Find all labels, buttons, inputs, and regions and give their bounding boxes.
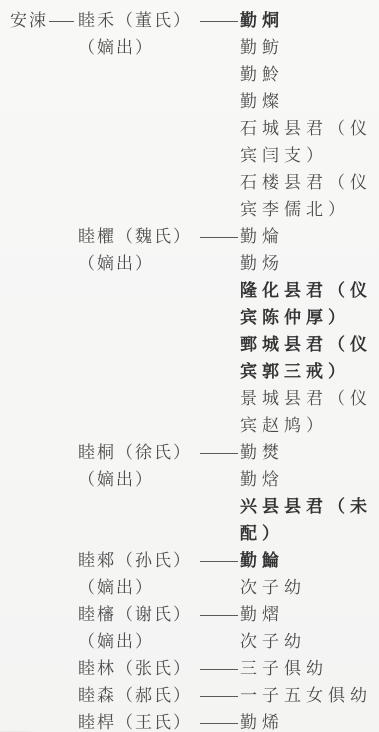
descendant-item: 勤熠 xyxy=(240,602,379,629)
family-branch: 睦郲（孙氏） （嫡出） 勤鯩 次子幼 xyxy=(10,548,379,602)
consort-column: 睦禾（董氏） （嫡出） xyxy=(78,8,200,62)
consort-name: 睦㰂（谢氏） xyxy=(78,602,200,629)
consort-column: 睦林（张氏） xyxy=(78,656,200,683)
consort-column: 睦欋（魏氏） （嫡出） xyxy=(78,224,200,278)
descendant-column: 勤烔 勤鲂 勤魿 勤燦 石城县君（仪宾闫支） 石楼县君（仪宾李儒北） xyxy=(240,8,379,224)
descendant-item: 鄄城县君（仪宾郭三戒） xyxy=(240,332,379,386)
descendant-item: 勤炀 xyxy=(240,251,379,278)
consort-name: 睦森（郝氏） xyxy=(78,683,200,710)
descendant-item: 次子幼 xyxy=(240,629,379,656)
descendant-column: 一子五女俱幼 xyxy=(240,683,379,710)
consort-column: 睦㰂（谢氏） （嫡出） xyxy=(78,602,200,656)
descendant-item: 次子幼 xyxy=(240,575,379,602)
descendant-item: 勤鯩 xyxy=(240,548,379,575)
genealogy-chart: 睦禾（董氏） （嫡出） 勤烔 勤鲂 勤魿 勤燦 石城县君（仪宾闫支） 石楼县君（… xyxy=(10,8,379,732)
connector-line xyxy=(200,615,238,616)
descendant-item: 勤烔 xyxy=(240,8,379,35)
family-branch: 睦森（郝氏） 一子五女俱幼 xyxy=(10,683,379,710)
consort-name: 睦桿（王氏） xyxy=(78,710,200,732)
descendant-item: 一子五女俱幼 xyxy=(240,683,379,710)
descendant-item: 勤燦 xyxy=(240,89,379,116)
descendant-item: 隆化县君（仪宾陈仲厚） xyxy=(240,278,379,332)
descendant-item: 勤燓 xyxy=(240,440,379,467)
descendant-item: 勤魿 xyxy=(240,62,379,89)
legitimacy-note: （嫡出） xyxy=(78,467,200,494)
consort-name: 睦林（张氏） xyxy=(78,656,200,683)
descendant-item: 勤焓 xyxy=(240,467,379,494)
book-page: 安涑 睦禾（董氏） （嫡出） 勤烔 勤鲂 勤魿 勤燦 石城县君（仪宾闫支） 石楼… xyxy=(0,0,379,732)
descendant-item: 勤烯 xyxy=(240,710,379,732)
consort-name: 睦禾（董氏） xyxy=(78,8,200,35)
descendant-item: 石城县君（仪宾闫支） xyxy=(240,116,379,170)
connector-line xyxy=(200,561,238,562)
descendant-item: 景城县君（仪宾赵鸠） xyxy=(240,386,379,440)
consort-name: 睦桐（徐氏） xyxy=(78,440,200,467)
descendant-column: 勤烯 xyxy=(240,710,379,732)
family-branch: 睦欋（魏氏） （嫡出） 勤㷍 勤炀 隆化县君（仪宾陈仲厚） 鄄城县君（仪宾郭三戒… xyxy=(10,224,379,440)
family-branch: 睦禾（董氏） （嫡出） 勤烔 勤鲂 勤魿 勤燦 石城县君（仪宾闫支） 石楼县君（… xyxy=(10,8,379,224)
consort-name: 睦欋（魏氏） xyxy=(78,224,200,251)
connector-line xyxy=(200,237,238,238)
legitimacy-note: （嫡出） xyxy=(78,251,200,278)
connector-line xyxy=(200,723,238,724)
consort-name: 睦郲（孙氏） xyxy=(78,548,200,575)
descendant-item: 勤㷍 xyxy=(240,224,379,251)
descendant-column: 三子俱幼 xyxy=(240,656,379,683)
family-branch: 睦桐（徐氏） （嫡出） 勤燓 勤焓 兴县县君（未配） xyxy=(10,440,379,548)
descendant-column: 勤燓 勤焓 兴县县君（未配） xyxy=(240,440,379,548)
descendant-item: 兴县县君（未配） xyxy=(240,494,379,548)
consort-column: 睦森（郝氏） xyxy=(78,683,200,710)
family-branch: 睦㰂（谢氏） （嫡出） 勤熠 次子幼 xyxy=(10,602,379,656)
descendant-column: 勤鯩 次子幼 xyxy=(240,548,379,602)
connector-line xyxy=(200,453,238,454)
descendant-item: 石楼县君（仪宾李儒北） xyxy=(240,170,379,224)
connector-line xyxy=(200,669,238,670)
descendant-column: 勤㷍 勤炀 隆化县君（仪宾陈仲厚） 鄄城县君（仪宾郭三戒） 景城县君（仪宾赵鸠） xyxy=(240,224,379,440)
connector-line xyxy=(200,21,238,22)
legitimacy-note: （嫡出） xyxy=(78,35,200,62)
descendant-item: 勤鲂 xyxy=(240,35,379,62)
descendant-item: 三子俱幼 xyxy=(240,656,379,683)
consort-column: 睦郲（孙氏） （嫡出） xyxy=(78,548,200,602)
connector-line xyxy=(200,696,238,697)
legitimacy-note: （嫡出） xyxy=(78,629,200,656)
family-branch: 睦桿（王氏） 勤烯 xyxy=(10,710,379,732)
consort-column: 睦桿（王氏） xyxy=(78,710,200,732)
descendant-column: 勤熠 次子幼 xyxy=(240,602,379,656)
consort-column: 睦桐（徐氏） （嫡出） xyxy=(78,440,200,494)
family-branch: 睦林（张氏） 三子俱幼 xyxy=(10,656,379,683)
legitimacy-note: （嫡出） xyxy=(78,575,200,602)
